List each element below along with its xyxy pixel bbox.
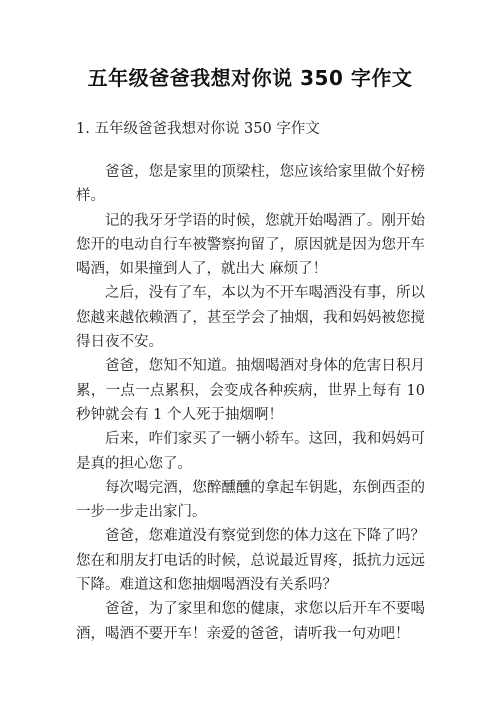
document-page: 五年级爸爸我想对你说 350 字作文 1. 五年级爸爸我想对你说 350 字作文… [0,0,500,707]
paragraph: 之后，没有了车，本以为不开车喝酒没有事，所以您越来越依赖酒了，甚至学会了抽烟，我… [76,281,425,354]
document-title: 五年级爸爸我想对你说 350 字作文 [0,62,500,91]
paragraph: 爸爸，为了家里和您的健康，求您以后开车不要喝酒，喝酒不要开车！亲爱的爸爸，请听我… [76,597,425,646]
paragraph: 每次喝完酒，您醉醺醺的拿起车钥匙，东倒西歪的一步一步走出家门。 [76,476,425,525]
paragraph: 后来，咋们家买了一辆小轿车。这回，我和妈妈可是真的担心您了。 [76,427,425,476]
paragraph: 爸爸，您难道没有察觉到您的体力这在下降了吗？您在和朋友打电话的时候，总说最近胃疼… [76,524,425,597]
paragraph: 爸爸，您知不知道。抽烟喝酒对身体的危害日积月累，一点一点累积，会变成各种疾病，世… [76,354,425,427]
section-heading: 1. 五年级爸爸我想对你说 350 字作文 [76,117,320,138]
paragraph: 记的我牙牙学语的时候，您就开始喝酒了。刚开始您开的电动自行车被警察拘留了，原因就… [76,209,425,282]
essay-body: 爸爸，您是家里的顶梁柱，您应该给家里做个好榜样。 记的我牙牙学语的时候，您就开始… [76,160,425,646]
paragraph: 爸爸，您是家里的顶梁柱，您应该给家里做个好榜样。 [76,160,425,209]
